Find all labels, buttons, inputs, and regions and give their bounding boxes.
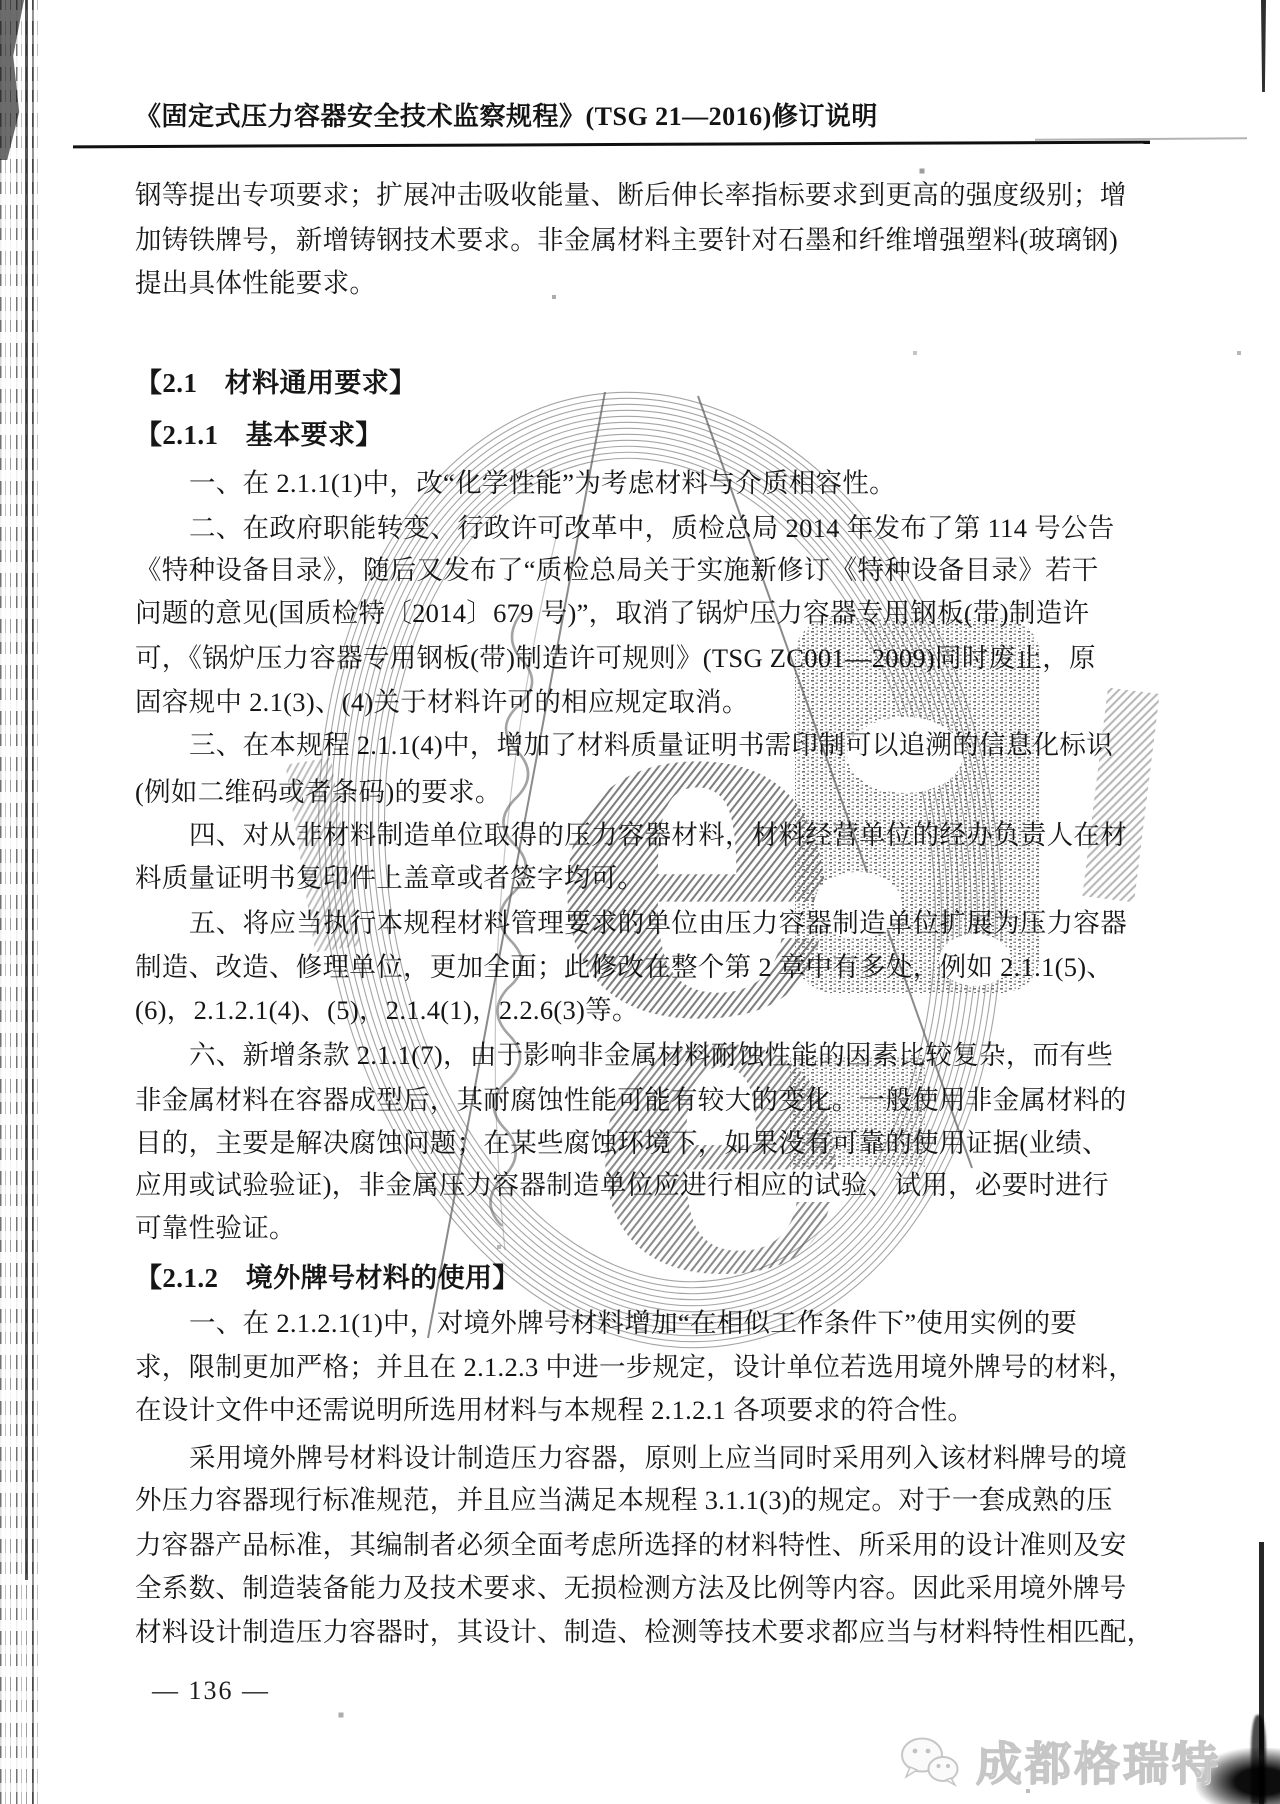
page-number: — 136 —	[152, 1676, 270, 1706]
text-line: 四、对从非材料制造单位取得的压力容器材料，材料经营单位的经办负责人在材	[135, 813, 1127, 857]
scan-artifact-left-line	[25, 0, 28, 1580]
text-line: 求，限制更加严格；并且在 2.1.2.3 中进一步规定，设计单位若选用境外牌号的…	[135, 1345, 1135, 1389]
scan-artifact-right-top	[1261, 0, 1266, 92]
scan-speckles	[0, 0, 2, 2]
section-heading: 【2.1.1 基本要求】	[135, 413, 383, 457]
scan-artifact-right-taper	[1251, 1715, 1266, 1804]
text-column: 钢等提出专项要求；扩展冲击吸收能量、断后伸长率指标要求到更高的强度级别；增加铸铁…	[135, 0, 1155, 1804]
text-line: 提出具体性能要求。	[135, 261, 376, 305]
text-line: (6)，2.1.2.1(4)、(5)，2.1.4(1)，2.2.6(3)等。	[135, 988, 639, 1032]
text-line: 固容规中 2.1(3)、(4)关于材料许可的相应规定取消。	[135, 680, 749, 724]
text-line: 一、在 2.1.1(1)中，改“化学性能”为考虑材料与介质相容性。	[135, 461, 896, 505]
brand-footer: 成都格瑞特	[898, 1728, 1221, 1794]
text-line: 力容器产品标准，其编制者必须全面考虑所选择的材料特性、所采用的设计准则及安	[135, 1523, 1127, 1567]
text-line: 一、在 2.1.2.1(1)中，对境外牌号材料增加“在相似工作条件下”使用实例的…	[135, 1301, 1077, 1345]
text-line: 二、在政府职能转变、行政许可改革中，质检总局 2014 年发布了第 114 号公…	[135, 506, 1115, 550]
text-line: 采用境外牌号材料设计制造压力容器，原则上应当同时采用列入该材料牌号的境	[135, 1436, 1127, 1480]
text-line: 问题的意见(国质检特〔2014〕679 号)”，取消了锅炉压力容器专用钢板(带)…	[135, 591, 1089, 635]
text-line: 加铸铁牌号，新增铸钢技术要求。非金属材料主要针对石墨和纤维增强塑料(玻璃钢)	[135, 218, 1118, 262]
text-line: 可靠性验证。	[135, 1206, 296, 1250]
brand-text: 成都格瑞特	[976, 1728, 1221, 1794]
scan-artifact-left-line2	[32, 0, 34, 1804]
section-heading: 【2.1.2 境外牌号材料的使用】	[135, 1256, 520, 1300]
text-line: 制造、改造、修理单位，更加全面；此修改在整个第 2 章中有多处，例如 2.1.1…	[135, 945, 1113, 989]
text-line: 在设计文件中还需说明所选用材料与本规程 2.1.2.1 各项要求的符合性。	[135, 1388, 974, 1432]
section-heading: 【2.1 材料通用要求】	[135, 361, 417, 405]
scanned-document-page: { "page": { "header": { "title": "《固定式压力…	[0, 0, 1280, 1804]
text-line: 可，《锅炉压力容器专用钢板(带)制造许可规则》(TSG ZC001—2009)同…	[135, 636, 1096, 680]
text-line: 《特种设备目录》，随后又发布了“质检总局关于实施新修订《特种设备目录》若干	[135, 548, 1099, 592]
scan-artifact-right-line	[1259, 1542, 1264, 1804]
text-line: 钢等提出专项要求；扩展冲击吸收能量、断后伸长率指标要求到更高的强度级别；增	[135, 173, 1127, 217]
scan-artifact-left-band	[0, 0, 38, 1804]
text-line: 应用或试验验证)，非金属压力容器制造单位应进行相应的试验、试用，必要时进行	[135, 1163, 1109, 1207]
text-line: 目的，主要是解决腐蚀问题；在某些腐蚀环境下，如果没有可靠的使用证据(业绩、	[135, 1121, 1109, 1165]
text-line: 非金属材料在容器成型后，其耐腐蚀性能可能有较大的变化。一般使用非金属材料的	[135, 1078, 1127, 1122]
text-line: 料质量证明书复印件上盖章或者签字均可。	[135, 856, 644, 900]
text-line: 外压力容器现行标准规范，并且应当满足本规程 3.1.1(3)的规定。对于一套成熟…	[135, 1478, 1113, 1522]
text-line: 五、将应当执行本规程材料管理要求的单位由压力容器制造单位扩展为压力容器	[135, 901, 1127, 945]
text-line: 六、新增条款 2.1.1(7)，由于影响非金属材料耐蚀性能的因素比较复杂，而有些	[135, 1033, 1113, 1077]
scan-artifact-corner	[0, 0, 24, 160]
text-line: 材料设计制造压力容器时，其设计、制造、检测等技术要求都应当与材料特性相匹配，	[135, 1610, 1153, 1654]
text-line: (例如二维码或者条码)的要求。	[135, 770, 502, 814]
text-line: 三、在本规程 2.1.1(4)中，增加了材料质量证明书需印制可以追溯的信息化标识	[135, 723, 1113, 767]
text-line: 全系数、制造装备能力及技术要求、无损检测方法及比例等内容。因此采用境外牌号	[135, 1566, 1127, 1610]
wechat-icon	[898, 1733, 962, 1789]
